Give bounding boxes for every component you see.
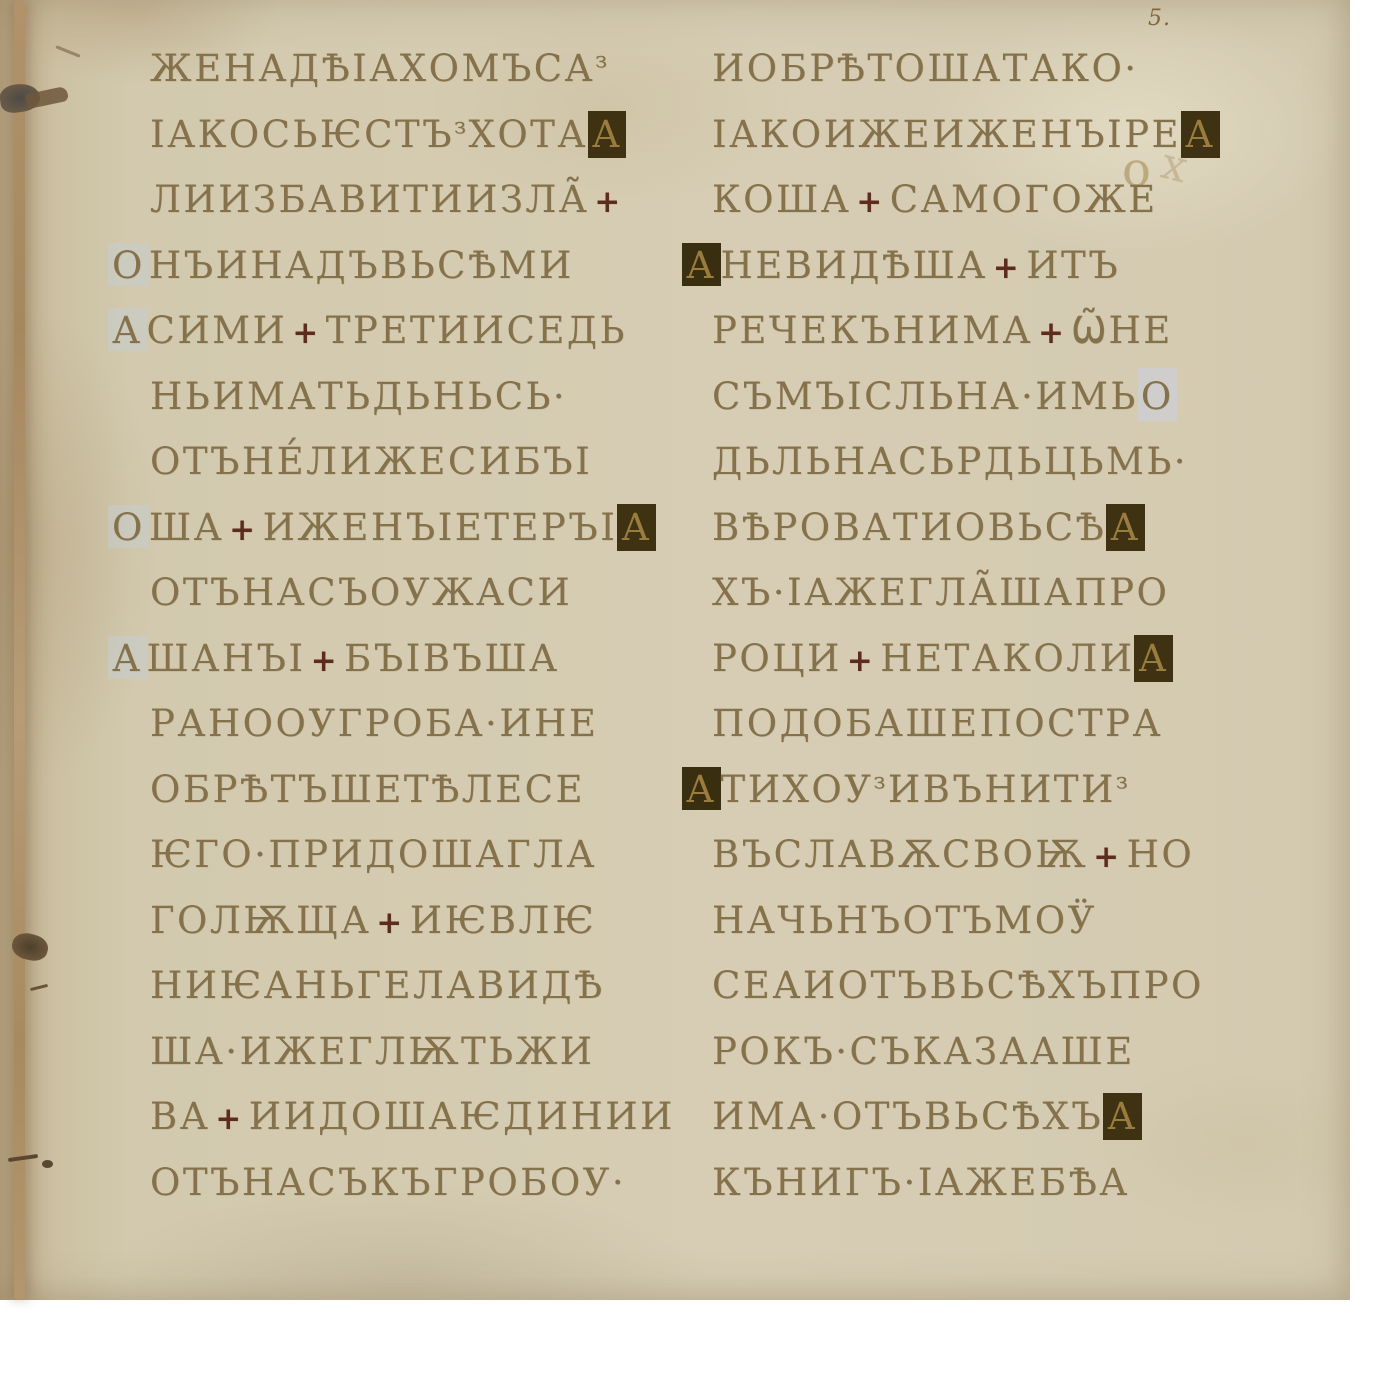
text-run: ИМА·ОТЪВЬСѢХЪ [712,1095,1103,1138]
superscript-letter: з [454,114,469,139]
text-run: ВѢРОВАТИОВЬСѢ [712,506,1106,549]
text-run: РЕЧЕКЪНИМА [712,309,1033,352]
text-line: ВА+ИИДОШАѤДИНИИ [150,1084,675,1150]
text-run: РАНООУГРОБА·ИНЕ [150,702,598,745]
text-run: ИТЪ [1026,244,1120,287]
initial-letter-dark: А [682,243,721,286]
text-run: ЖЕНАДѢІАХОМЪСА [150,47,595,90]
folio-number: 5. [1148,6,1171,31]
text-run: РОКЪ·СЪКАЗААШЕ [712,1030,1135,1073]
text-line: РОЦИ+НЕТАКОЛИА [712,626,1220,692]
highlighted-letter-dark: А [588,111,627,158]
text-line: ГОЛѬЩА+ИѤВЛѤ [150,888,675,954]
text-run: ДЬЛЬНАСЬРДЬЦЬМЬ· [712,440,1188,483]
text-run: КЪНИГЪ·ІАЖЕБѢА [712,1161,1130,1204]
text-line: ИМА·ОТЪВЬСѢХЪА [712,1084,1220,1150]
text-run: ОТЪНАСЪОУЖАСИ [150,571,572,614]
gutter-shading [0,0,58,1300]
highlighted-letter-light: О [1138,368,1177,421]
highlighted-letter-dark: А [1103,1093,1142,1140]
text-run: ШАНЪІ [147,637,306,680]
text-line: СЕАИОТЪВЬСѢХЪПРО [712,953,1220,1019]
text-run: ОТЪНАСЪКЪГРОБОУ· [150,1161,626,1204]
cross-divider: + [851,184,889,220]
text-run: НИѤАНЬГЕЛАВИДѢ [150,964,605,1007]
text-run: ПОДОБАШЕПОСТРА [712,702,1163,745]
text-run: ИВЪНИТИ [888,768,1116,811]
text-run: ША·ИЖЕГЛѬТЬЖИ [150,1030,594,1073]
text-line: ЖЕНАДѢІАХОМЪСАз [150,36,675,102]
text-run: САМОГОЖЕ [890,178,1158,221]
cross-divider: + [988,250,1026,286]
text-line: ОТЪНАСЪКЪГРОБОУ· [150,1150,675,1216]
text-run: ОТЪНЕ́ЛИЖЕСИБЪІ [150,440,592,483]
cross-divider: + [210,1101,248,1137]
margin-ink-dot [42,1160,53,1168]
text-run: ТРЕТИИСЕДЬ [326,309,627,352]
text-run: ХОТА [469,113,588,156]
spine-crease [14,0,25,1300]
text-run: ЛИИЗБАВИТИИЗЛА̃ [150,178,589,221]
text-line: ИОБРѢТОШАТАКО· [712,36,1220,102]
text-run: БЪІВЪША [344,637,560,680]
text-line: СЪМЪІСЛЬНА·ИМЬО [712,364,1220,430]
text-run: ТИХОУ [721,768,874,811]
text-line: ДЬЛЬНАСЬРДЬЦЬМЬ· [712,429,1220,495]
highlighted-letter-dark: А [1106,504,1145,551]
text-run: ѤГО·ПРИДОШАГЛА [150,833,597,876]
text-line: РАНООУГРОБА·ИНЕ [150,691,675,757]
text-line: АНЕВИДѢША+ИТЪ [712,233,1220,299]
text-run: ГОЛѬЩА [150,899,371,942]
text-run: Ѡ̃НЕ [1071,309,1172,352]
cross-divider: + [589,184,627,220]
text-run: ІАКОИЖЕИЖЕНЪІРЕ [712,113,1181,156]
text-line: РЕЧЕКЪНИМА+Ѡ̃НЕ [712,298,1220,364]
text-line: ОТЪНЕ́ЛИЖЕСИБЪІ [150,429,675,495]
text-column-left: ЖЕНАДѢІАХОМЪСАзІАКОСЬѤСТЪзХОТААЛИИЗБАВИТ… [108,36,675,1215]
text-run: СЪМЪІСЛЬНА·ИМЬ [712,375,1138,418]
superscript-letter: з [873,769,888,794]
highlighted-letter-dark: А [1134,635,1173,682]
text-line: ЛИИЗБАВИТИИЗЛА̃+ [150,167,675,233]
text-line: ПОДОБАШЕПОСТРА [712,691,1220,757]
text-line: ОБРѢТЪШЕТѢЛЕСЕ [150,757,675,823]
initial-letter-dark: А [682,767,721,810]
text-run: РОЦИ [712,637,842,680]
text-line: ША·ИЖЕГЛѬТЬЖИ [150,1019,675,1085]
text-line: АТИХОУзИВЪНИТИз [712,757,1220,823]
text-line: ХЪ·ІАЖЕГЛА̃ШАПРО [712,560,1220,626]
cross-divider: + [287,315,325,351]
text-line: ОША+ИЖЕНЪІЕТЕРЪІА [150,495,675,561]
text-run: ША [149,506,224,549]
text-run: НЬИМАТЬДЬНЬСЬ· [150,375,567,418]
text-line: КЪНИГЪ·ІАЖЕБѢА [712,1150,1220,1216]
text-run: ОБРѢТЪШЕТѢЛЕСЕ [150,768,585,811]
parchment-page: 5. о х ЖЕНАДѢІАХОМЪСАзІАКОСЬѤСТЪзХОТААЛИ… [0,0,1350,1300]
cross-divider: + [1033,315,1071,351]
text-run: НЕТАКОЛИ [880,637,1134,680]
text-line: НАЧЬНЪОТЪМОӰ [712,888,1220,954]
initial-letter-light: О [108,505,149,548]
highlighted-letter-dark: А [617,504,656,551]
text-run: ИИДОШАѤДИНИИ [249,1095,675,1138]
text-run: ВА [150,1095,210,1138]
text-line: ОТЪНАСЪОУЖАСИ [150,560,675,626]
initial-letter-light: О [108,243,149,286]
text-line: АШАНЪІ+БЪІВЪША [150,626,675,692]
highlighted-letter-dark: А [1181,111,1220,158]
initial-letter-light: А [108,308,147,351]
text-line: ОНЪИНАДЪВЬСѢМИ [150,233,675,299]
initial-letter-light: А [108,636,147,679]
cross-divider: + [224,512,262,548]
text-run: НЪИНАДЪВЬСѢМИ [149,244,574,287]
cross-divider: + [842,643,880,679]
text-run: НО [1127,833,1195,876]
text-run: НЕВИДѢША [721,244,988,287]
cross-divider: + [306,643,344,679]
text-line: НИѤАНЬГЕЛАВИДѢ [150,953,675,1019]
text-run: СИМИ [147,309,288,352]
text-line: КОША+САМОГОЖЕ [712,167,1220,233]
text-line: ѤГО·ПРИДОШАГЛА [150,822,675,888]
cross-divider: + [371,905,409,941]
scratch-mark [55,45,80,58]
text-run: ИѤВЛѤ [410,899,596,942]
text-run: НАЧЬНЪОТЪМОӰ [712,899,1097,942]
text-column-right: ИОБРѢТОШАТАКО·ІАКОИЖЕИЖЕНЪІРЕАКОША+САМОГ… [682,36,1220,1215]
text-run: СЕАИОТЪВЬСѢХЪПРО [712,964,1204,1007]
text-run: ИОБРѢТОШАТАКО· [712,47,1139,90]
text-line: АСИМИ+ТРЕТИИСЕДЬ [150,298,675,364]
text-line: ВѢРОВАТИОВЬСѢА [712,495,1220,561]
text-run: ХЪ·ІАЖЕГЛА̃ШАПРО [712,571,1169,614]
text-run: ІАКОСЬѤСТЪ [150,113,454,156]
text-line: НЬИМАТЬДЬНЬСЬ· [150,364,675,430]
cross-divider: + [1088,839,1126,875]
text-line: ВЪСЛАВѪСВОѬ+НО [712,822,1220,888]
superscript-letter: з [595,49,610,74]
manuscript-photo: 5. о х ЖЕНАДѢІАХОМЪСАзІАКОСЬѤСТЪзХОТААЛИ… [0,0,1376,1376]
text-line: ІАКОСЬѤСТЪзХОТАА [150,102,675,168]
text-run: ИЖЕНЪІЕТЕРЪІ [263,506,618,549]
text-run: ВЪСЛАВѪСВОѬ [712,833,1088,876]
text-run: КОША [712,178,851,221]
superscript-letter: з [1116,769,1131,794]
text-line: РОКЪ·СЪКАЗААШЕ [712,1019,1220,1085]
text-line: ІАКОИЖЕИЖЕНЪІРЕА [712,102,1220,168]
